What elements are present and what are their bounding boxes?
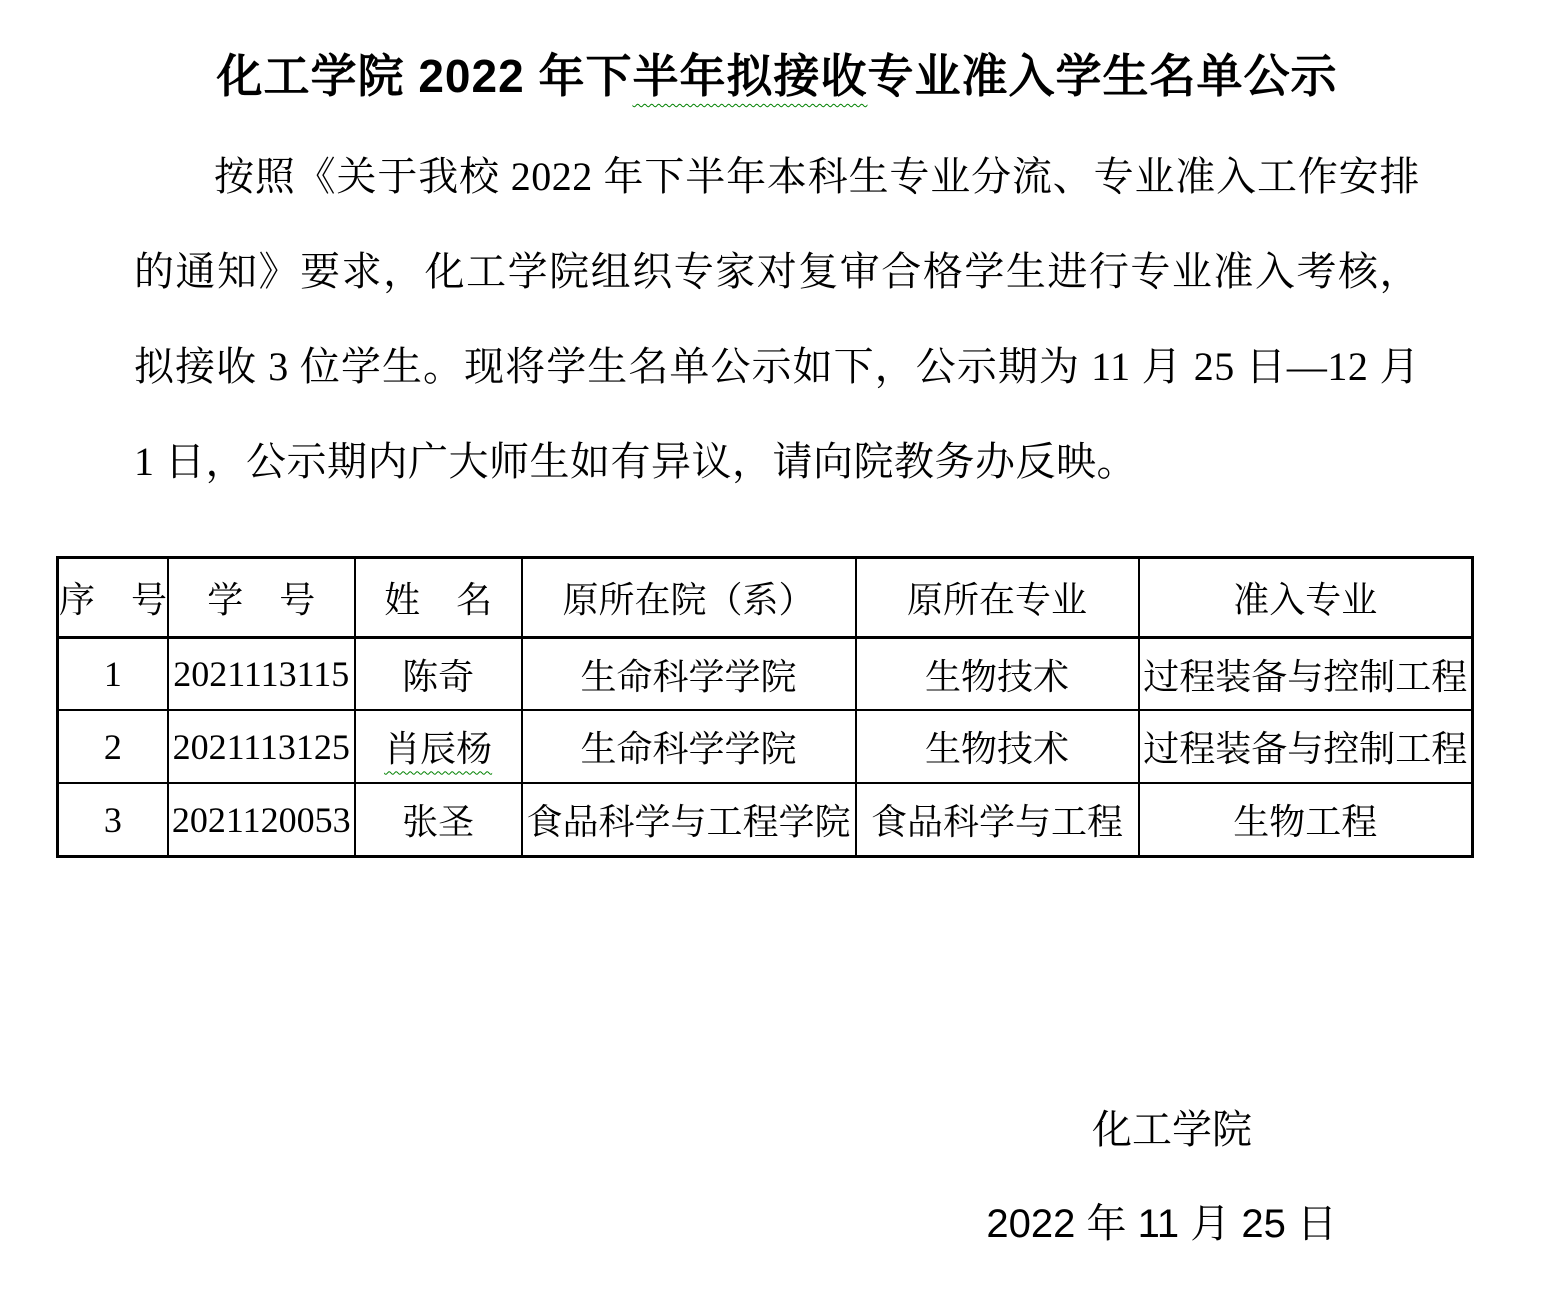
- cell-origin-college: 生命科学学院: [522, 637, 856, 710]
- student-name: 陈奇: [402, 657, 474, 697]
- student-name-spellcheck-squiggle: 肖辰杨: [384, 729, 492, 769]
- cell-student-id: 2021113115: [168, 637, 355, 710]
- header-name: 姓 名: [355, 557, 522, 637]
- document-page: 化工学院 2022 年下半年拟接收专业准入学生名单公示 按照《关于我校 2022…: [0, 0, 1554, 1293]
- cell-name: 肖辰杨: [355, 710, 522, 783]
- signature-date: 2022 年 11 月 25 日: [0, 1202, 1337, 1246]
- cell-index: 2: [58, 710, 168, 783]
- cell-admitted-major: 过程装备与控制工程: [1139, 710, 1473, 783]
- cell-student-id: 2021113125: [168, 710, 355, 783]
- students-table-body: 1 2021113115 陈奇 生命科学学院 生物技术 过程装备与控制工程 2 …: [58, 637, 1473, 856]
- cell-origin-college: 食品科学与工程学院: [522, 783, 856, 856]
- header-index: 序 号: [58, 557, 168, 637]
- students-table: 序 号 学 号 姓 名 原所在院（系） 原所在专业 准入专业 1 2021113…: [56, 556, 1474, 858]
- table-header-row: 序 号 学 号 姓 名 原所在院（系） 原所在专业 准入专业: [58, 557, 1473, 637]
- cell-name: 张圣: [355, 783, 522, 856]
- title-text-before-squiggle: 化工学院 2022 年下: [217, 50, 633, 102]
- cell-admitted-major: 过程装备与控制工程: [1139, 637, 1473, 710]
- cell-name: 陈奇: [355, 637, 522, 710]
- cell-index: 3: [58, 783, 168, 856]
- signature-college: 化工学院: [1092, 1108, 1252, 1152]
- header-student-id: 学 号: [168, 557, 355, 637]
- cell-origin-major: 生物技术: [856, 710, 1139, 783]
- students-table-header: 序 号 学 号 姓 名 原所在院（系） 原所在专业 准入专业: [58, 557, 1473, 637]
- signature-college-line: 化工学院: [0, 1108, 1337, 1152]
- announcement-body-paragraph: 按照《关于我校 2022 年下半年本科生专业分流、专业准入工作安排的通知》要求，…: [134, 129, 1420, 509]
- header-admitted-major: 准入专业: [1139, 557, 1473, 637]
- table-row: 2 2021113125 肖辰杨 生命科学学院 生物技术 过程装备与控制工程: [58, 710, 1473, 783]
- cell-origin-college: 生命科学学院: [522, 710, 856, 783]
- title-spellcheck-squiggle-text: 半年拟接收: [632, 50, 867, 102]
- document-title: 化工学院 2022 年下半年拟接收专业准入学生名单公示: [0, 0, 1554, 103]
- header-origin-college: 原所在院（系）: [522, 557, 856, 637]
- table-row: 3 2021120053 张圣 食品科学与工程学院 食品科学与工程 生物工程: [58, 783, 1473, 856]
- cell-student-id: 2021120053: [168, 783, 355, 856]
- table-row: 1 2021113115 陈奇 生命科学学院 生物技术 过程装备与控制工程: [58, 637, 1473, 710]
- title-text-after-squiggle: 专业准入学生名单公示: [867, 50, 1337, 102]
- student-name: 张圣: [402, 802, 474, 842]
- header-origin-major: 原所在专业: [856, 557, 1139, 637]
- cell-admitted-major: 生物工程: [1139, 783, 1473, 856]
- cell-origin-major: 食品科学与工程: [856, 783, 1139, 856]
- cell-origin-major: 生物技术: [856, 637, 1139, 710]
- cell-index: 1: [58, 637, 168, 710]
- signature-block: 化工学院 2022 年 11 月 25 日: [0, 1108, 1554, 1246]
